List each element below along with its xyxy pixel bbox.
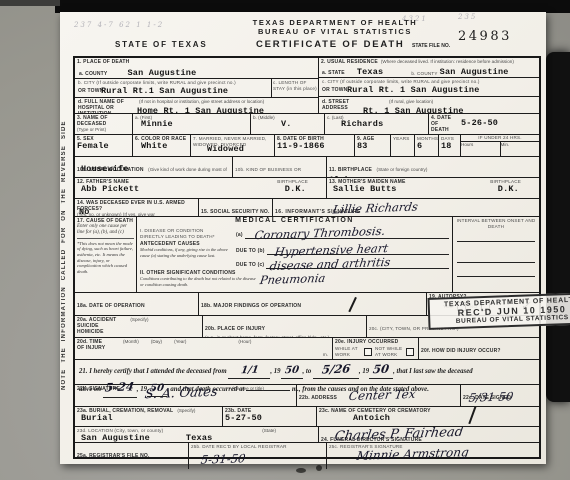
birthplace-value: Alabama	[329, 176, 537, 177]
signature-degree-hint: (Degree or title)	[232, 386, 264, 392]
length-of-stay-label: c. LENGTH OF STAY (in this place)	[272, 79, 318, 92]
not-while-at-work-checkbox	[406, 348, 414, 356]
residence-or-town-label: OR TOWN	[322, 87, 347, 93]
scan-edge-mark	[0, 0, 60, 6]
sex-value: Female	[77, 142, 130, 151]
certify-text-5: , that I last saw the deceased	[393, 368, 473, 375]
cause-footnote: *This does not mean the mode of dying, s…	[77, 241, 134, 275]
injury-occurred-label: 20e. INJURY OCCURRED	[335, 339, 416, 345]
street-address-label: d. STREET ADDRESS	[322, 99, 356, 111]
pen-stroke	[348, 297, 356, 312]
usual-residence-cell: 2. USUAL RESIDENCE (Where deceased lived…	[319, 58, 539, 113]
interval-line	[457, 241, 535, 242]
while-at-work-checkbox	[364, 348, 372, 356]
place-of-injury-label: 20b. PLACE OF INJURY	[205, 326, 265, 332]
address-label: 22b. ADDRESS	[299, 395, 337, 401]
days-value: 18	[441, 142, 458, 151]
registrar-file-label: 25a. REGISTRAR'S FILE NO.	[77, 453, 150, 459]
homicide-label: HOMICIDE	[77, 329, 116, 335]
row-physician-signature: 22a. SIGNATURE (Degree or title) S. A. O…	[75, 385, 539, 407]
due-to-b-tag: DUE TO (b)	[236, 248, 265, 254]
street-address-hint: (If rural, give location)	[389, 99, 433, 104]
certify-text-4: , 19	[359, 368, 369, 375]
race-value: White	[141, 142, 188, 151]
ssn-label: 15. SOCIAL SECURITY NO.	[201, 209, 270, 215]
certificate-sheet: NOTE THE INFORMATION CALLED FOR ON THE R…	[60, 12, 546, 464]
birthplace-label: 11. BIRTHPLACE	[329, 167, 372, 173]
name-hint: (Type or Print)	[77, 127, 130, 132]
row-service-informant: 14. WAS DECEASED EVER IN U.S. ARMED FORC…	[75, 199, 539, 217]
last-name-value: Richards	[341, 120, 426, 129]
accident-specify-hint: (Specify)	[130, 317, 148, 335]
usual-residence-label: 2. USUAL RESIDENCE	[321, 59, 378, 65]
months-value: 6	[417, 142, 436, 151]
signature-label: 22a. SIGNATURE	[77, 386, 120, 392]
street-address-value: Rt. 1 San Augustine	[363, 107, 464, 113]
pencil-annotation: 237 4-7 62 1 1-2	[74, 21, 164, 29]
institution-label: d. FULL NAME OF HOSPITAL OR INSTITUTION	[78, 99, 138, 113]
date-signed-value: 5/31 50	[468, 389, 514, 405]
row-location-director: 23d. LOCATION (City, town, or county) (S…	[75, 427, 539, 443]
state-of-texas: STATE OF TEXAS	[115, 40, 207, 49]
armed-forces-label: 14. WAS DECEASED EVER IN U.S. ARMED FORC…	[77, 200, 196, 212]
institution-value: Home Rt. 1 San Augustine	[137, 107, 264, 113]
row-registrar: 25a. REGISTRAR'S FILE NO. 25b. DATE REC'…	[75, 443, 539, 469]
other-conditions-note: Conditions contributing to the death but…	[140, 276, 260, 287]
scan-shadow-right	[546, 52, 570, 402]
mother-birthplace-value: D.K.	[498, 185, 519, 194]
certify-from-value: 1/1	[239, 363, 259, 379]
burial-state-value: Texas	[186, 434, 213, 443]
state-file-number: 24983	[458, 29, 512, 44]
marital-value: Widowed	[207, 145, 272, 154]
father-value: Abb Pickett	[81, 185, 139, 194]
bureau-title: BUREAU OF VITAL STATISTICS	[230, 27, 440, 36]
month-hint: (Month)	[123, 339, 139, 351]
row-injury-time: 20d. TIME OF INJURY (Month) (Day) (Year)…	[75, 338, 539, 360]
business-label: 10b. KIND OF BUSINESS OR INDUSTRY	[235, 167, 301, 177]
row-place-residence: 1. PLACE OF DEATH a. COUNTY San Augustin…	[75, 58, 539, 114]
cause-a-tag: (a)	[236, 232, 243, 238]
not-while-at-work-label: NOT WHILE AT WORK	[375, 346, 403, 357]
usual-residence-hint: (Where deceased lived. If institution: r…	[381, 59, 514, 65]
residence-county-label: b. COUNTY	[411, 71, 437, 77]
mother-value: Sallie Butts	[333, 185, 397, 194]
while-at-work-label: WHILE AT WORK	[335, 346, 361, 357]
funeral-director-signature: Charles P. Fairhead	[334, 427, 465, 442]
burial-location-state-hint: (State)	[262, 428, 276, 434]
date-of-operation-label: 18a. DATE OF OPERATION	[77, 303, 145, 309]
row-demographics: 5. SEX Female 6. COLOR OR RACE White 7. …	[75, 135, 539, 157]
burial-type-hint: (Specify)	[177, 408, 195, 414]
registrar-signature: Minnie Armstrong	[356, 445, 470, 463]
place-of-death-label: 1. PLACE OF DEATH	[75, 58, 318, 66]
min-label: Min.	[501, 142, 540, 157]
row-occupation: 10a. USUAL OCCUPATION (Give kind of work…	[75, 157, 539, 178]
county-label: a. COUNTY	[79, 71, 107, 77]
or-town-label: OR TOWN	[78, 88, 103, 94]
date-of-death-label: 4. DATE OF DEATH	[431, 115, 457, 133]
operation-findings-label: 18b. MAJOR FINDINGS OF OPERATION	[201, 303, 301, 309]
row-certify-statement: 21. I hereby certify that I attended the…	[75, 360, 539, 385]
certify-text-2: , 19	[270, 368, 280, 375]
certificate-title: CERTIFICATE OF DEATH	[256, 39, 405, 50]
birthplace-hint: (State or foreign country)	[377, 167, 428, 172]
row-medical-certification: 17. CAUSE OF DEATH Enter only one cause …	[75, 217, 539, 293]
physician-signature: S. A. Oates	[144, 385, 219, 402]
first-name-value: Minnie	[141, 120, 248, 129]
informant-signature: Lillie Richards	[332, 200, 419, 216]
residence-state-value: Texas	[357, 68, 384, 77]
margin-note: NOTE THE INFORMATION CALLED FOR ON THE R…	[61, 90, 72, 420]
interval-label: INTERVAL BETWEEN ONSET AND DEATH	[453, 217, 539, 230]
armed-forces-value: No	[79, 208, 90, 216]
burial-date-value: 5-27-50	[225, 414, 314, 423]
pencil-annotation: 235	[458, 13, 477, 21]
dept-title: TEXAS DEPARTMENT OF HEALTH	[230, 18, 440, 27]
burial-type-value: Burial	[81, 414, 220, 423]
place-of-death-cell: 1. PLACE OF DEATH a. COUNTY San Augustin…	[75, 58, 319, 113]
time-of-injury-label: 20d. TIME OF INJURY	[77, 339, 111, 351]
certify-to-value: 5/26	[321, 361, 352, 379]
row-parents: 12. FATHER'S NAME BIRTHPLACE Abb Pickett…	[75, 178, 539, 199]
date-of-death-value: 5-26-50	[461, 119, 498, 128]
years-label: YEARS	[393, 136, 412, 142]
row-burial: 23a. BURIAL, CREMATION, REMOVAL (Specify…	[75, 407, 539, 427]
due-to-c-tag: DUE TO (c)	[236, 262, 264, 268]
scanned-death-certificate: NOTE THE INFORMATION CALLED FOR ON THE R…	[0, 0, 570, 480]
residence-city-value: Rural Rt. 1 San Augustine	[347, 86, 480, 95]
year-hint: (Year)	[174, 339, 186, 351]
certify-text-3: , to	[303, 368, 312, 375]
certify-text-1: 21. I hereby certify that I attended the…	[79, 368, 227, 375]
cemetery-value: Antoich	[353, 414, 537, 423]
day-hint: (Day)	[151, 339, 162, 351]
certify-year2-value: 50	[372, 361, 391, 379]
certify-year1-value: 50	[283, 363, 299, 378]
physician-address: Center Tex	[348, 387, 417, 403]
registrar-date-label: 25b. DATE REC'D BY LOCAL REGISTRAR	[191, 444, 324, 450]
registrar-date-value: 5-31-50	[200, 451, 247, 467]
residence-county-value: San Augustine	[440, 68, 509, 77]
father-birthplace-value: D.K.	[285, 185, 306, 194]
county-value: San Augustine	[127, 69, 196, 78]
interval-line	[457, 262, 535, 263]
burial-city-value: San Augustine	[81, 434, 150, 443]
scan-smudge	[296, 468, 306, 473]
city-label: b. CITY (If outside corporate limits, wr…	[78, 80, 258, 86]
meridiem-suffix: m.	[323, 352, 328, 357]
age-value: 83	[357, 142, 388, 151]
dob-value: 11-9-1866	[277, 142, 352, 151]
certificate-grid: 1. PLACE OF DEATH a. COUNTY San Augustin…	[73, 56, 541, 459]
occupation-value: Housewife	[81, 165, 129, 174]
how-injury-label: 20f. HOW DID INJURY OCCUR?	[421, 348, 501, 354]
middle-name-value: V.	[281, 120, 322, 129]
interval-line	[457, 276, 535, 277]
name-label: 3. NAME OF DECEASED	[77, 115, 130, 127]
hour-hint: (Hour)	[238, 339, 251, 351]
residence-city-label: c. CITY (If outside corporate limits, wr…	[322, 79, 522, 85]
other-conditions-value: Pneumonia	[259, 271, 327, 288]
cause-a-value: Coronary Thrombosis.	[253, 224, 386, 243]
residence-state-label: a. STATE	[322, 70, 345, 76]
antecedent-note: Morbid conditions, if any, giving rise t…	[140, 247, 228, 258]
place-of-injury-hint: (e.g., in or about home, farm, factory, …	[205, 335, 364, 337]
cause-note: Enter only one cause per line for (a), (…	[77, 224, 134, 239]
city-value: Rural Rt.1 San Augustine	[101, 87, 228, 96]
disease-label-2: DIRECTLY LEADING TO DEATH*	[140, 234, 236, 240]
institution-hint: (If not in hospital or institution, give…	[139, 99, 309, 104]
hours-label: Hours	[461, 142, 501, 157]
state-file-no-label: STATE FILE NO.	[412, 43, 450, 49]
received-stamp: TEXAS DEPARTMENT OF HEALTH REC'D JUN 10 …	[427, 292, 570, 330]
row-name: 3. NAME OF DECEASED (Type or Print) a. (…	[75, 114, 539, 135]
medical-certification-title: MEDICAL CERTIFICATION	[140, 217, 449, 224]
